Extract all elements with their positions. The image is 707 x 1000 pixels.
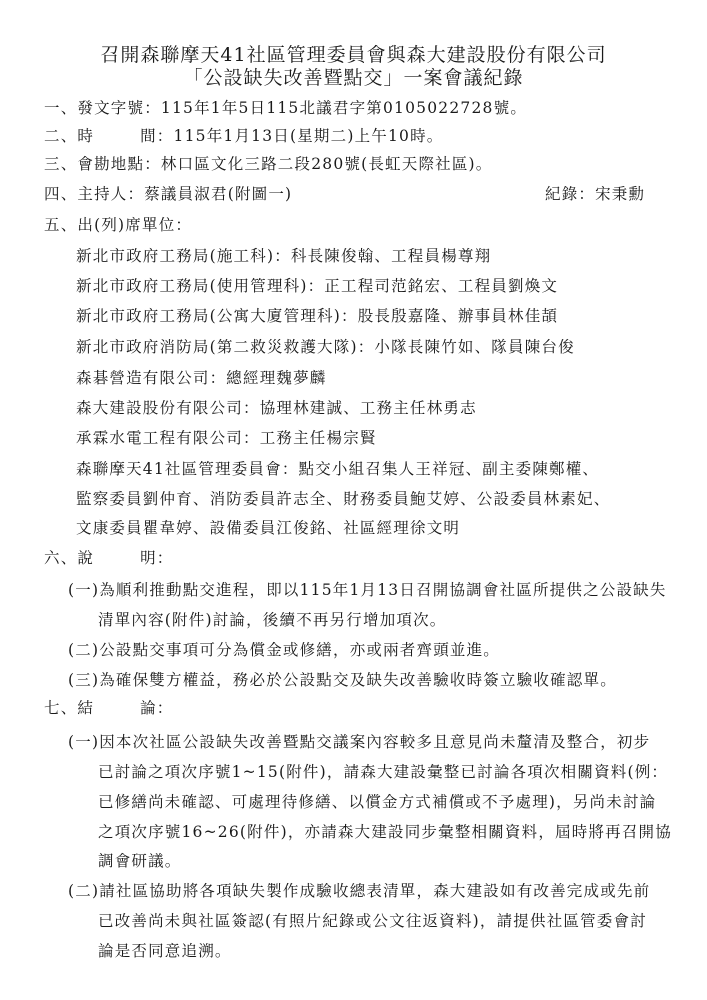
attendee-line: 承霖水電工程有限公司：工務主任楊宗賢: [76, 428, 377, 448]
section-document-number: 一、發文字號：115年1年5日115北議君字第0105022728號。: [44, 98, 527, 118]
conclusion-item-1-cont: 之項次序號16~26(附件)，亦請森大建設同步彙整相關資料，屆時將再召開協: [98, 822, 672, 842]
section-label-start: 二、時: [44, 127, 94, 145]
conclusion-item-2: (二)請社區協助將各項缺失製作成驗收總表清單，森大建設如有改善完成或先前: [68, 881, 650, 901]
attendee-line: 新北市政府工務局(使用管理科)：正工程司范銘宏、工程員劉煥文: [76, 276, 558, 296]
section-explanation-label: 六、說明：: [44, 548, 174, 568]
attendee-line: 森大建設股份有限公司：協理林建誠、工務主任林勇志: [76, 398, 477, 418]
recorder-label: 紀錄：: [545, 185, 595, 203]
section-conclusion-label: 七、結論：: [44, 698, 174, 718]
section-value: 115年1年5日115北議君字第0105022728號。: [161, 99, 527, 117]
section-label-start: 六、說: [44, 549, 94, 567]
section-label-end: 明：: [140, 549, 173, 567]
meeting-minutes-page: 召開森聯摩天41社區管理委員會與森大建設股份有限公司 「公設缺失改善暨點交」一案…: [0, 0, 707, 1000]
conclusion-item-1-cont: 已修繕尚未確認、可處理待修繕、以償金方式補償或不予處理)，另尚未討論: [98, 792, 656, 812]
explanation-item-1: (一)為順利推動點交進程，即以115年1月13日召開協調會社區所提供之公設缺失: [68, 580, 667, 600]
attendee-line: 森聯摩天41社區管理委員會：點交小組召集人王祥冠、副主委陳鄭權、: [76, 459, 599, 479]
document-title-line2: 「公設缺失改善暨點交」一案會議紀錄: [0, 66, 707, 90]
section-label: 三、會勘地點：: [44, 155, 161, 173]
explanation-item-1-cont: 清單內容(附件)討論，後續不再另行增加項次。: [98, 610, 447, 630]
section-label: 四、主持人：: [44, 185, 144, 203]
recorder: 紀錄：宋秉勳: [545, 184, 645, 204]
section-location: 三、會勘地點：林口區文化三路二段280號(長虹天際社區)。: [44, 154, 493, 174]
document-title-line1: 召開森聯摩天41社區管理委員會與森大建設股份有限公司: [0, 43, 707, 67]
section-value: 林口區文化三路二段280號(長虹天際社區)。: [161, 155, 493, 173]
attendee-line: 森碁營造有限公司：總經理魏夢麟: [76, 368, 327, 388]
section-attendees-label: 五、出(列)席單位：: [44, 215, 192, 235]
attendee-line: 監察委員劉仲育、消防委員許志全、財務委員鮑艾婷、公設委員林素妃、: [76, 489, 610, 509]
conclusion-item-1-cont: 調會研議。: [98, 851, 182, 871]
attendee-line: 新北市政府消防局(第二救災救護大隊)：小隊長陳竹如、隊員陳台俊: [76, 337, 575, 357]
section-label: 一、發文字號：: [44, 99, 161, 117]
conclusion-item-2-cont: 論是否同意追溯。: [98, 941, 232, 961]
attendee-line: 新北市政府工務局(公寓大廈管理科)：股長殷嘉隆、辦事員林佳頡: [76, 306, 558, 326]
section-label-end: 論：: [140, 699, 173, 717]
section-time: 二、時間：115年1月13日(星期二)上午10時。: [44, 126, 444, 146]
section-label-end: 間：: [140, 127, 173, 145]
recorder-name: 宋秉勳: [595, 185, 645, 203]
explanation-item-3: (三)為確保雙方權益，務必於公設點交及缺失改善驗收時簽立驗收確認單。: [68, 670, 617, 690]
conclusion-item-1: (一)因本次社區公設缺失改善暨點交議案內容較多且意見尚未釐清及整合，初步: [68, 732, 650, 752]
section-value: 蔡議員淑君(附圖一): [144, 185, 292, 203]
attendee-line: 文康委員瞿韋婷、設備委員江俊銘、社區經理徐文明: [76, 518, 460, 538]
explanation-item-2: (二)公設點交事項可分為償金或修繕，亦或兩者齊頭並進。: [68, 640, 500, 660]
attendee-line: 新北市政府工務局(施工科)：科長陳俊翰、工程員楊尊翔: [76, 246, 491, 266]
section-host: 四、主持人：蔡議員淑君(附圖一): [44, 184, 292, 204]
section-label-start: 七、結: [44, 699, 94, 717]
conclusion-item-1-cont: 已討論之項次序號1~15(附件)，請森大建設彙整已討論各項次相關資料(例：: [98, 762, 668, 782]
section-value: 115年1月13日(星期二)上午10時。: [174, 127, 444, 145]
conclusion-item-2-cont: 已改善尚未與社區簽認(有照片紀錄或公文往返資料)，請提供社區管委會討: [98, 911, 647, 931]
